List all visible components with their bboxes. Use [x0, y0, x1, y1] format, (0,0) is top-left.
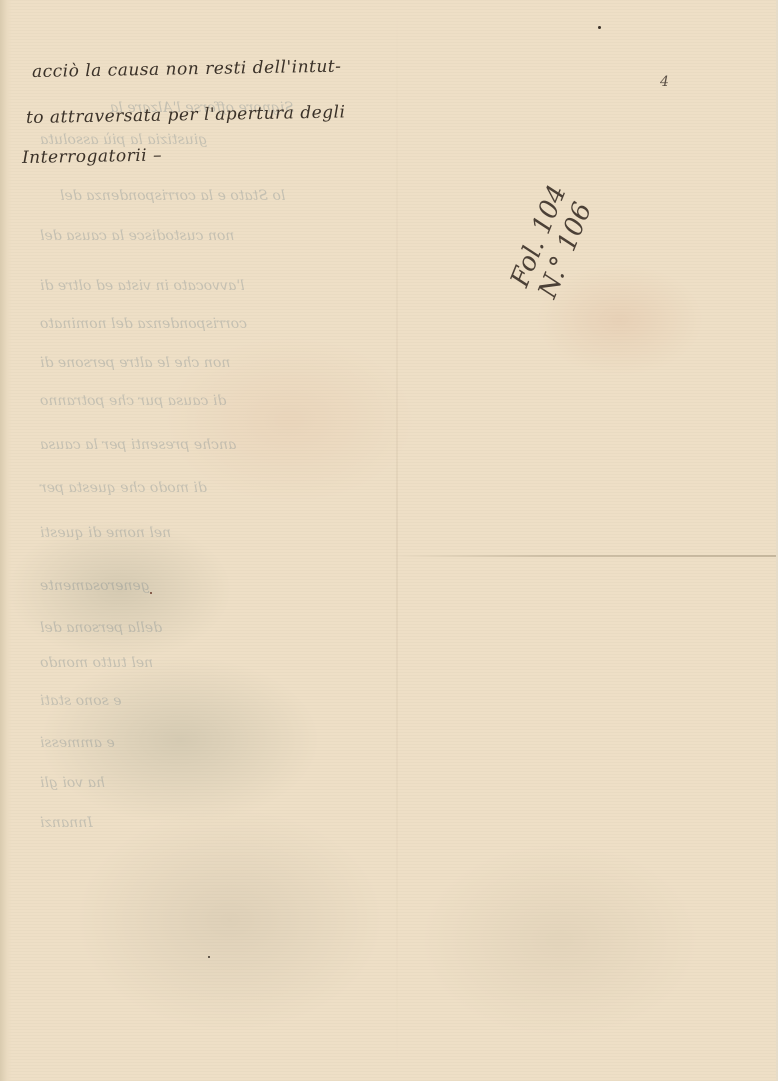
- bleed-through-line: e ammessi: [40, 735, 115, 751]
- folio-number: 4: [660, 74, 669, 90]
- handwritten-line-1: acciò la causa non resti dell'intut-: [32, 57, 342, 82]
- ink-speck: [598, 26, 601, 29]
- bleed-through-line: non custodisce la causa del: [40, 228, 234, 244]
- bleed-through-line: generosamente: [40, 578, 150, 594]
- horizontal-fold-crease: [390, 555, 776, 557]
- bleed-through-line: nel nome di questi: [40, 525, 171, 541]
- manuscript-page: Signore offerse l'Alzare la giustizia la…: [0, 0, 778, 1081]
- bleed-through-line: l'avvocato in vista ed oltre di: [40, 278, 245, 294]
- ink-speck: [208, 956, 210, 958]
- bleed-through-line: non che le altre persone di: [40, 355, 230, 371]
- bleed-through-line: della persona del: [40, 620, 162, 636]
- bleed-through-line: corrispondenza del nominato: [40, 316, 247, 332]
- torn-left-edge: [0, 0, 12, 1081]
- bleed-through-line: di causa pur che potranno: [40, 393, 226, 409]
- bleed-through-line: e sono stati: [40, 693, 122, 709]
- bleed-through-line: di modo che questa per: [40, 480, 207, 496]
- bleed-through-line: lo Stato e la corrispondenza del: [60, 188, 285, 204]
- marginal-annotation: Fol. 104 N.° 106: [505, 181, 601, 302]
- handwritten-line-3: Interrogatorii –: [22, 146, 162, 168]
- bleed-through-line: nel tutto mondo: [40, 655, 153, 671]
- handwritten-line-2: to attraversata per l'apertura degli: [26, 102, 346, 128]
- vertical-fold-crease: [396, 0, 398, 1081]
- bleed-through-line: Innanzi: [40, 815, 93, 831]
- ink-speck: [150, 592, 152, 594]
- bleed-through-line: ha voi gli: [40, 775, 105, 791]
- bleed-through-line: anche presenti per la causa: [40, 437, 236, 453]
